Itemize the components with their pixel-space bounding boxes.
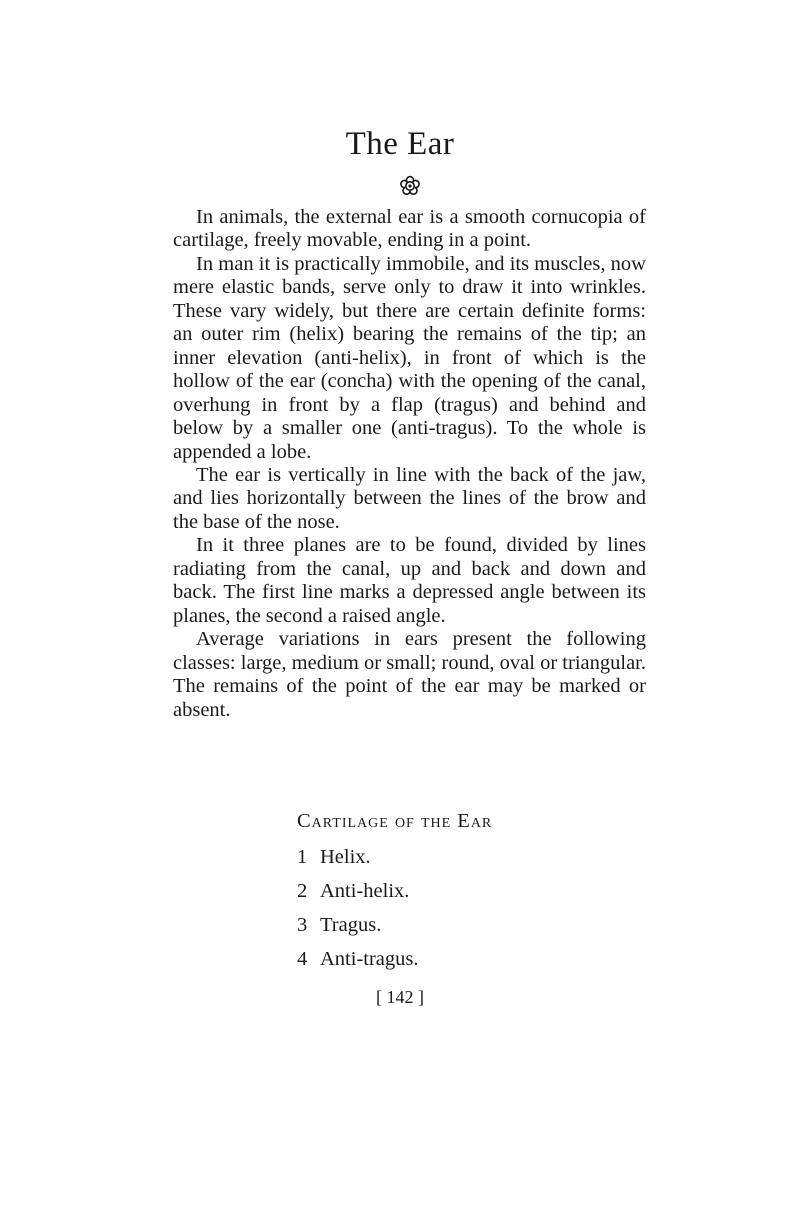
caption-item: 1 Helix.	[297, 840, 617, 874]
paragraph: The ear is vertically in line with the b…	[173, 464, 646, 534]
rosette-ornament-icon	[398, 174, 422, 198]
paragraph: In it three planes are to be found, divi…	[173, 534, 646, 628]
page-title: The Ear	[0, 124, 800, 164]
caption-item: 2 Anti-helix.	[297, 874, 617, 908]
caption-item-label: Anti-tragus.	[320, 942, 419, 976]
caption-item-number: 2	[297, 874, 320, 908]
paragraph: In man it is practically immobile, and i…	[173, 253, 646, 464]
paragraph: In animals, the external ear is a smooth…	[173, 206, 646, 253]
paragraph: Average variations in ears present the f…	[173, 628, 646, 722]
caption-item-number: 4	[297, 942, 320, 976]
body-text: In animals, the external ear is a smooth…	[173, 206, 646, 722]
page-number: [ 142 ]	[0, 985, 800, 1009]
figure-caption: Cartilage of the Ear 1 Helix. 2 Anti-hel…	[297, 808, 617, 976]
caption-item-label: Anti-helix.	[320, 874, 409, 908]
caption-item-number: 3	[297, 908, 320, 942]
caption-item-label: Tragus.	[320, 908, 381, 942]
caption-item: 4 Anti-tragus.	[297, 942, 617, 976]
caption-title: Cartilage of the Ear	[297, 808, 617, 834]
caption-item: 3 Tragus.	[297, 908, 617, 942]
caption-item-number: 1	[297, 840, 320, 874]
caption-item-label: Helix.	[320, 840, 371, 874]
